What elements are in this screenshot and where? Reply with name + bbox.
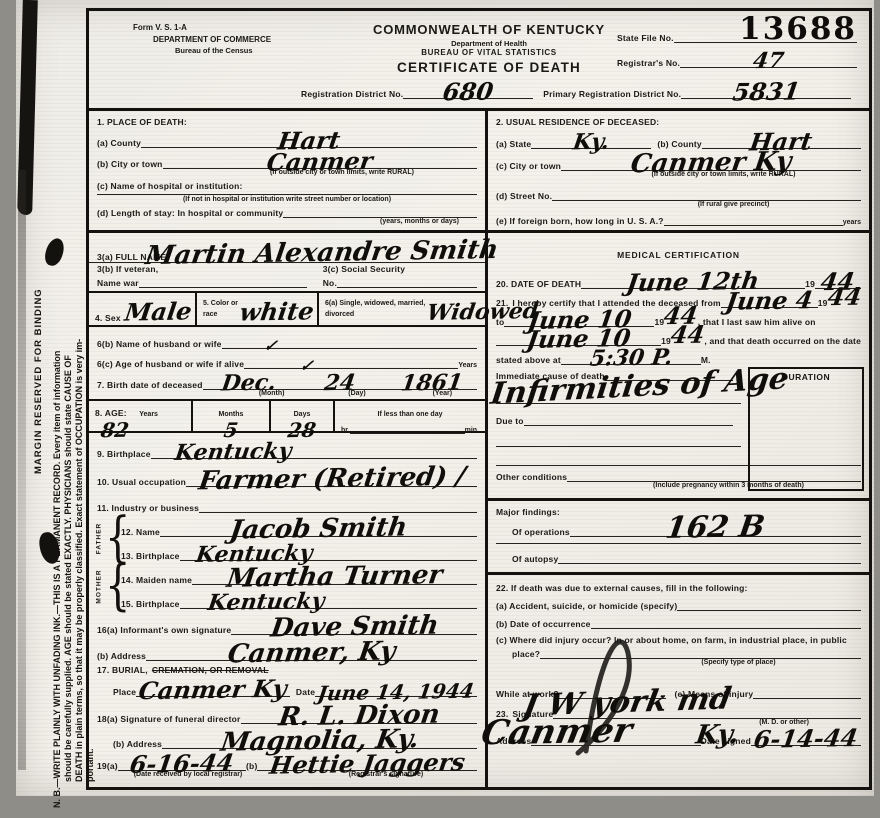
- spouse-age-row: 6(c) Age of husband or wife if alive ✓ Y…: [89, 349, 485, 369]
- certify-last-year: 44: [669, 324, 706, 346]
- residence-title: 2. USUAL RESIDENCE OF DECEASED:: [496, 117, 659, 127]
- stay-label: (d) Length of stay: In hospital or commu…: [97, 208, 283, 218]
- min-label: min.: [465, 427, 479, 434]
- signature-label: Signature: [512, 709, 553, 719]
- autopsy-label: Of autopsy: [512, 554, 558, 564]
- war-label: Name war: [97, 278, 139, 288]
- state-file-label: State File No.: [617, 33, 674, 43]
- certify-last-line: June 10: [496, 328, 661, 346]
- sex-label: 4. Sex: [95, 313, 121, 323]
- residence-section: 2. USUAL RESIDENCE OF DECEASED: (a) Stat…: [488, 111, 869, 233]
- birth-date-row: 7. Birth date of deceased Dec. 24 1861 (…: [89, 369, 485, 399]
- registrar-b-label: (b): [246, 761, 257, 771]
- color-cell: 5. Color or race white: [197, 293, 319, 325]
- due-to-label: Due to: [496, 416, 524, 426]
- street-label: (d) Street No.: [496, 191, 552, 201]
- burial-place-value: Canmer Ky: [138, 678, 289, 702]
- birth-date-line: Dec. 24 1861: [203, 374, 477, 390]
- operations-line: 162 B: [570, 514, 861, 537]
- age-box: 8. AGE: Years 82 Months 5 Days 28 If les…: [89, 399, 485, 433]
- birthplace-label: 9. Birthplace: [97, 449, 151, 459]
- ssn-line: [337, 287, 477, 288]
- full-name-line: Martin Alexandre Smith: [166, 242, 477, 262]
- burial-place-label: Place: [113, 687, 136, 697]
- occupation-line: Farmer (Retired) /: [186, 468, 477, 487]
- dept-commerce: DEPARTMENT OF COMMERCE: [153, 35, 271, 44]
- signer-address-label: Address: [496, 736, 531, 746]
- duration-label: DURATION: [750, 372, 862, 382]
- age-years-value: 82: [100, 421, 130, 439]
- external-c-label: (c) Where did injury occur? In or about …: [496, 635, 847, 645]
- primary-district-line: 5831: [681, 81, 851, 99]
- bureau-census: Bureau of the Census: [175, 46, 271, 55]
- external-title: 22. If death was due to external causes,…: [496, 583, 748, 593]
- registrar-received-label: 19(a): [97, 761, 118, 771]
- husband-line: ✓: [222, 339, 477, 349]
- foreign-born-line: [664, 225, 843, 226]
- other-conditions-line: [567, 481, 861, 482]
- age-months-cell: Months 5: [193, 401, 271, 431]
- color-label: 5. Color or: [203, 300, 238, 307]
- occupation-label: 10. Usual occupation: [97, 477, 186, 487]
- hr-line: [350, 433, 465, 434]
- certify-line3: , and that death occurred on the date: [704, 336, 861, 346]
- full-name-row: 3(a) FULL NAME Martin Alexandre Smith: [89, 233, 485, 263]
- certify-from-line: June 4: [721, 290, 818, 308]
- burial-place-line: Canmer Ky: [136, 679, 290, 697]
- stay-note: (years, months or days): [89, 218, 459, 225]
- residence-state-label: (a) State: [496, 139, 531, 149]
- registrar-received-value: 6-16-44: [129, 753, 236, 776]
- informant-row: 16(a) Informant's own signature Dave Smi…: [89, 609, 485, 635]
- cause-line: [605, 380, 733, 381]
- spouse-age-label: 6(c) Age of husband or wife if alive: [97, 359, 244, 369]
- right-column: 2. USUAL RESIDENCE OF DECEASED: (a) Stat…: [488, 111, 869, 790]
- margin-binding-note: MARGIN RESERVED FOR BINDING: [33, 266, 44, 474]
- residence-state-value: Ky.: [572, 133, 611, 153]
- mother-name-row: 14. Maiden name Martha Turner: [89, 561, 485, 585]
- less-than-day-cell: If less than one day hr. min.: [335, 401, 485, 431]
- date-signed-line: 6-14-44: [751, 728, 861, 746]
- hospital-note: (If not in hospital or institution write…: [89, 196, 485, 203]
- certify-line2: , that I last saw him alive on: [698, 317, 816, 327]
- informant-address-label: (b) Address: [97, 651, 146, 661]
- cause-of-death-section: DURATION Immediate cause of death Infirm…: [488, 365, 869, 501]
- war-line: [139, 287, 307, 288]
- reg-district-label: Registration District No.: [301, 89, 403, 99]
- funeral-address-line: Magnolia, Ky.: [162, 730, 477, 749]
- margin-instruction-line: DEATH in plain terms, so that it may be …: [74, 66, 85, 808]
- mother-birthplace-line: Kentucky: [180, 593, 477, 609]
- father-name-line: Jacob Smith: [160, 518, 477, 537]
- color-label2: race: [203, 311, 217, 318]
- informant-address-value: Canmer, Ky: [226, 640, 397, 666]
- work-row: While at work? (e) Means of injury: [488, 679, 869, 699]
- registrar-no-line: 47: [680, 52, 857, 68]
- state-file-line: [674, 42, 857, 43]
- mother-name-line: Martha Turner: [192, 566, 477, 585]
- work-label: While at work?: [496, 689, 559, 699]
- father-name-value: Jacob Smith: [228, 516, 408, 542]
- occupation-value: Farmer (Retired) /: [197, 465, 467, 493]
- mother-name-label: 14. Maiden name: [121, 575, 192, 585]
- place-of-death-title: 1. PLACE OF DEATH:: [97, 117, 187, 127]
- signer-address-line: [531, 745, 700, 746]
- mother-brace: {: [105, 555, 130, 617]
- informant-label: 16(a) Informant's own signature: [97, 625, 231, 635]
- birth-year: 1861: [384, 373, 478, 394]
- burial-date-label: Date: [296, 687, 315, 697]
- residence-state-line: Ky.: [531, 133, 651, 149]
- external-a-label: (a) Accident, suicide, or homicide (spec…: [496, 601, 677, 611]
- husband-row: 6(b) Name of husband or wife ✓: [89, 327, 485, 349]
- parents-section: FATHER { MOTHER { 12. Name Jacob Smith 1…: [89, 513, 485, 609]
- autopsy-line: [558, 563, 861, 564]
- funeral-director-line: R. L. Dixon: [241, 705, 478, 724]
- form-number: Form V. S. 1-A: [133, 23, 271, 32]
- burial-label: 17. BURIAL,: [97, 665, 148, 675]
- external-b-line: [591, 628, 861, 629]
- certify-block: 21. I hereby certify that I attended the…: [488, 289, 869, 365]
- mother-side-label: MOTHER: [96, 565, 103, 609]
- foreign-born-label: (e) If foreign born, how long in U. S. A…: [496, 216, 664, 226]
- form-header: Form V. S. 1-A DEPARTMENT OF COMMERCE Bu…: [89, 11, 869, 111]
- years-label: Years: [139, 411, 158, 418]
- birth-day: 24: [293, 373, 387, 394]
- primary-district-value: 5831: [731, 80, 801, 103]
- registrar-received-line: 6-16-44: [118, 753, 246, 771]
- place-of-death-section: 1. PLACE OF DEATH: (a) County Hart (b) C…: [89, 111, 485, 233]
- date-signed-label: Date signed: [701, 736, 751, 746]
- certify-time-line: 5:30 P.: [561, 349, 701, 365]
- county-line: Hart: [141, 130, 477, 148]
- medical-certification-title: MEDICAL CERTIFICATION: [617, 250, 740, 260]
- marital-label2: divorced: [325, 311, 354, 318]
- birth-date-label: 7. Birth date of deceased: [97, 380, 203, 390]
- findings-section: Major findings: Of operations 162 B Of a…: [488, 501, 869, 575]
- age-label: 8. AGE:: [95, 408, 127, 418]
- residence-city-label: (c) City or town: [496, 161, 561, 171]
- primary-district-label: Primary Registration District No.: [543, 89, 681, 99]
- burial-date-value: June 14, 1944: [317, 682, 476, 703]
- date-of-death-label: 20. DATE OF DEATH: [496, 279, 581, 289]
- father-name-row: 12. Name Jacob Smith: [89, 513, 485, 537]
- certify-from-value: June 4: [724, 290, 814, 313]
- age-days-cell: Days 28: [271, 401, 335, 431]
- spouse-age-checkmark: ✓: [299, 358, 314, 373]
- registration-district-row: Registration District No. 680 Primary Re…: [301, 81, 851, 99]
- left-column: 1. PLACE OF DEATH: (a) County Hart (b) C…: [89, 111, 488, 790]
- father-birthplace-line: Kentucky: [180, 545, 477, 561]
- external-c-note: (Specify type of place): [608, 659, 869, 666]
- mother-birthplace-value: Kentucky: [206, 592, 325, 614]
- funeral-address-label: (b) Address: [113, 739, 162, 749]
- city-line: Canmer: [163, 151, 477, 169]
- residence-city-value: Canmer Ky: [629, 150, 793, 176]
- city-value: Canmer: [265, 150, 374, 173]
- certificate-form: Form V. S. 1-A DEPARTMENT OF COMMERCE Bu…: [86, 8, 872, 790]
- external-c2-label: place?: [512, 649, 540, 659]
- city-label: (b) City or town: [97, 159, 163, 169]
- external-causes-section: 22. If death was due to external causes,…: [488, 575, 869, 679]
- certify-from-year: 44: [826, 286, 863, 308]
- full-name-value: Martin Alexandre Smith: [144, 239, 500, 269]
- age-years-cell: 8. AGE: Years 82: [89, 401, 193, 431]
- findings-label: Major findings:: [496, 507, 560, 517]
- sex-value: Male: [123, 301, 193, 324]
- foreign-born-suffix: years: [843, 219, 861, 226]
- birthplace-line-tail: [371, 458, 477, 459]
- mother-name-value: Martha Turner: [225, 564, 444, 591]
- certify-m-label: M.: [701, 355, 711, 365]
- informant-line: Dave Smith: [231, 616, 477, 635]
- medical-certification-header: MEDICAL CERTIFICATION: [488, 233, 869, 265]
- father-side-label: FATHER: [96, 517, 103, 561]
- hospital-label: (c) Name of hospital or institution:: [97, 181, 243, 191]
- external-a-line: [677, 610, 861, 611]
- means-label: (e) Means of injury: [674, 689, 753, 699]
- reg-district-value: 680: [442, 81, 495, 103]
- less-than-day-label: If less than one day: [378, 411, 443, 418]
- birth-month: Dec.: [201, 373, 295, 394]
- file-number-block: 13688 State File No. Registrar's No. 47: [617, 15, 857, 68]
- cause-label: Immediate cause of death: [496, 371, 605, 381]
- operations-label: Of operations: [512, 527, 570, 537]
- form-number-block: Form V. S. 1-A DEPARTMENT OF COMMERCE Bu…: [133, 23, 271, 55]
- sex-color-marital-row: 4. Sex Male 5. Color or race white 6(a) …: [89, 293, 485, 327]
- informant-address-line: Canmer, Ky: [146, 642, 477, 661]
- funeral-director-label: 18(a) Signature of funeral director: [97, 714, 241, 724]
- registrar-signature-value: Hettie Jaggers: [268, 752, 466, 777]
- county-label: (a) County: [97, 138, 141, 148]
- burial-date-line: June 14, 1944: [315, 683, 477, 697]
- duration-box: DURATION: [748, 367, 864, 491]
- husband-checkmark: ✓: [263, 338, 278, 353]
- registrar-no-label: Registrar's No.: [617, 58, 680, 68]
- certify-to-label: to: [496, 317, 504, 327]
- birthplace-line: Kentucky: [151, 443, 371, 459]
- street-line: [552, 200, 861, 201]
- husband-label: 6(b) Name of husband or wife: [97, 339, 222, 349]
- street-note: (If rural give precinct): [598, 201, 869, 208]
- age-days-value: 28: [287, 421, 317, 439]
- residence-city-line: Canmer Ky: [561, 152, 861, 171]
- margin-instruction-line: should be carefully supplied. AGE should…: [63, 66, 74, 808]
- external-c-line: [540, 658, 861, 659]
- due-to-line: [524, 425, 733, 426]
- color-value: white: [238, 301, 315, 324]
- certify-line4: stated above at: [496, 355, 561, 365]
- reg-district-line: 680: [403, 81, 533, 99]
- age-months-value: 5: [223, 421, 239, 439]
- spouse-age-line: ✓: [244, 359, 458, 369]
- registrar-no-value: 47: [752, 52, 785, 72]
- signature-no: 23.: [496, 709, 508, 719]
- birthplace-value: Kentucky: [173, 442, 292, 464]
- marital-label: 6(a) Single, widowed, married,: [325, 300, 425, 307]
- spouse-age-suffix: Years: [458, 362, 477, 369]
- margin-instruction-line: N. B.—WRITE PLAINLY WITH UNFADING INK.—T…: [52, 66, 63, 808]
- operations-value: 162 B: [664, 513, 766, 542]
- date-signed-value: 6-14-44: [753, 728, 860, 751]
- signature-section: 23. Signature (M. D. or other) Address D…: [488, 699, 869, 755]
- scan-edge-shading: [18, 170, 26, 770]
- registrar-row: 19(a) 6-16-44 (b) Hettie Jaggers (Date r…: [89, 749, 485, 783]
- registrar-signature-line: Hettie Jaggers: [257, 753, 477, 771]
- other-conditions-label: Other conditions: [496, 472, 567, 482]
- hr-label: hr.: [341, 427, 350, 434]
- father-birthplace-row: 13. Birthplace Kentucky: [89, 537, 485, 561]
- sex-cell: 4. Sex Male: [89, 293, 197, 325]
- external-b-label: (b) Date of occurrence: [496, 619, 591, 629]
- ssn-no-label: No.: [323, 278, 337, 288]
- signature-line: [553, 718, 861, 719]
- stay-line: [283, 217, 477, 218]
- certify-no: 21.: [496, 298, 508, 308]
